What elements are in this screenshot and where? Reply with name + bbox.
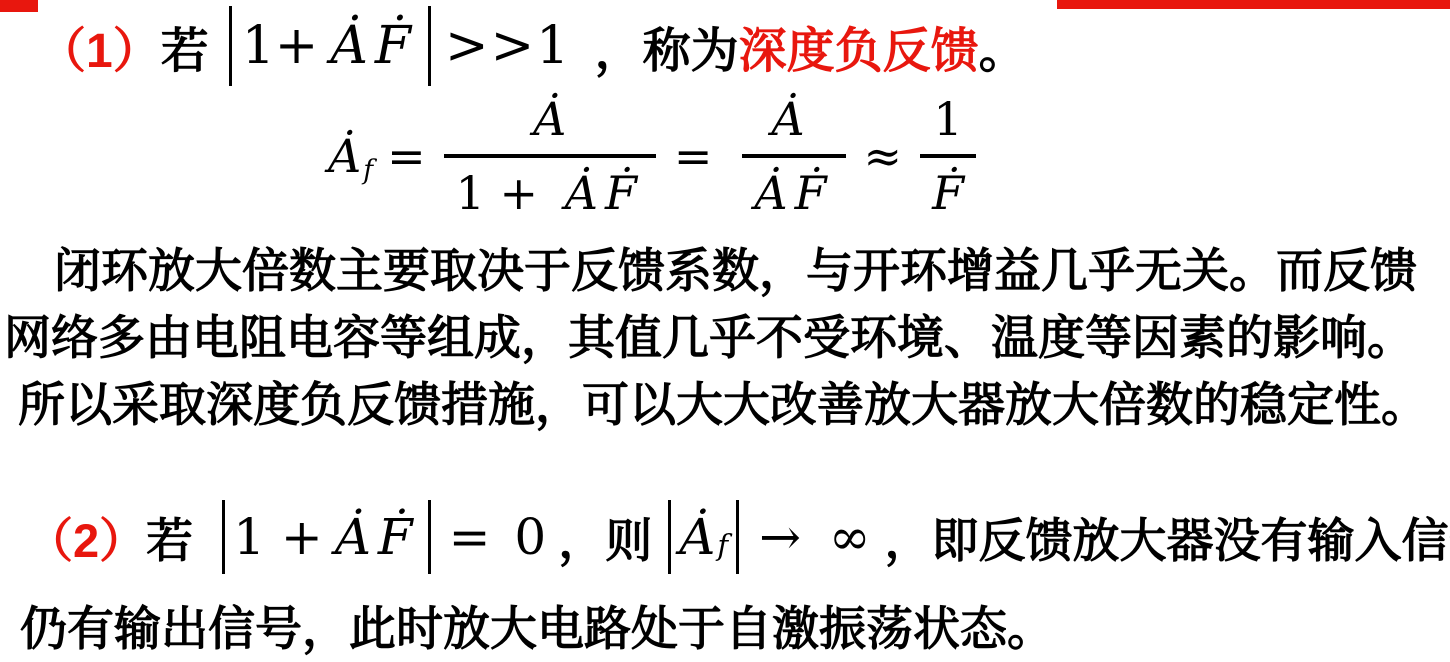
section1-middle-text: ，称为 xyxy=(581,12,738,81)
section2-tail-text: ，即反馈放大器没有输入信号时， xyxy=(885,504,1450,571)
fraction-2: Ȧ ȦḞ xyxy=(730,92,845,220)
abs2-bar-left xyxy=(222,500,225,574)
top-left-red-bar xyxy=(0,0,38,12)
approx-sign: ≈ xyxy=(864,129,903,183)
lhs-variable: Ȧ xyxy=(328,129,361,183)
abs3-bar-left xyxy=(668,500,671,574)
abs-expression-1: 1+ ȦḞ >>1 xyxy=(219,6,572,86)
section1-period: 。 xyxy=(979,12,1027,81)
section1-label: （1） xyxy=(38,12,161,81)
fraction-3-denominator: Ḟ xyxy=(920,154,976,220)
section2-line-2: 仍有输出信号，此时放大电路处于自激振荡状态。 xyxy=(20,592,1054,659)
abs-bar-right xyxy=(428,6,431,86)
arrow-infinity: → ∞ xyxy=(759,508,876,566)
fraction-1-den-constant: 1 + xyxy=(456,166,553,220)
feedback-gain-formula: Ȧf = Ȧ 1 + ȦḞ = Ȧ ȦḞ ≈ 1 Ḟ xyxy=(328,92,980,220)
paragraph-line-1: 闭环放大倍数主要取决于反馈系数，与开环增益几乎无关。而反馈 xyxy=(4,237,1450,304)
fraction-1-den-variables: ȦḞ xyxy=(565,166,644,220)
slide-page: （1） 若 1+ ȦḞ >>1 ，称为 深度负反馈 。 Ȧf = Ȧ 1 + Ȧ… xyxy=(0,0,1450,662)
fraction-1-denominator: 1 + ȦḞ xyxy=(444,154,656,220)
fraction-2-numerator: Ȧ xyxy=(730,92,845,154)
abs2-bar-right xyxy=(428,500,431,574)
equals-sign-2: = xyxy=(674,129,713,183)
abs-bar-left xyxy=(229,6,232,86)
fraction-3: 1 Ḟ xyxy=(920,92,976,220)
lhs-subscript: f xyxy=(363,155,373,186)
section2-prefix: 若 xyxy=(146,504,206,571)
math3-variable: Ȧ xyxy=(679,508,715,566)
abs3-bar-right xyxy=(736,500,739,574)
section1-prefix: 若 xyxy=(161,12,209,81)
fraction-2-denominator: ȦḞ xyxy=(742,154,845,220)
abs-expression-3: Ȧf → ∞ xyxy=(660,500,876,574)
fraction-3-numerator: 1 xyxy=(920,92,976,154)
math-relation: >>1 xyxy=(445,16,571,76)
formula-lhs: Ȧf xyxy=(328,129,373,183)
top-right-red-bar xyxy=(1057,0,1450,9)
math2-term: 1 + xyxy=(233,508,323,566)
section2-label: （2） xyxy=(26,504,146,571)
fraction-1: Ȧ 1 + ȦḞ xyxy=(444,92,656,220)
math-variables: ȦḞ xyxy=(330,16,418,76)
paragraph-line-2: 网络多由电阻电容等组成，其值几乎不受环境、温度等因素的影响。 xyxy=(4,304,1450,371)
section2-comma-ze: ，则 xyxy=(558,504,652,571)
fraction-1-numerator: Ȧ xyxy=(444,92,656,154)
paragraph-line-3: 所以采取深度负反馈措施，可以大大改善放大器放大倍数的稳定性。 xyxy=(4,371,1450,438)
section1-heading: （1） 若 1+ ȦḞ >>1 ，称为 深度负反馈 。 xyxy=(38,6,1027,86)
equals-zero: = 0 xyxy=(449,508,551,566)
math-term: 1+ xyxy=(242,16,319,76)
section2-heading: （2） 若 1 + ȦḞ = 0 ，则 Ȧf → ∞ ，即反馈放大器没有输入信号… xyxy=(26,500,1450,574)
math3-subscript: f xyxy=(717,528,728,562)
abs-expression-2: 1 + ȦḞ = 0 xyxy=(214,500,550,574)
equals-sign-1: = xyxy=(387,129,426,183)
math2-variables: ȦḞ xyxy=(335,508,420,566)
section1-highlight-term: 深度负反馈 xyxy=(739,12,979,81)
body-paragraph: 闭环放大倍数主要取决于反馈系数，与开环增益几乎无关。而反馈 网络多由电阻电容等组… xyxy=(4,237,1450,438)
